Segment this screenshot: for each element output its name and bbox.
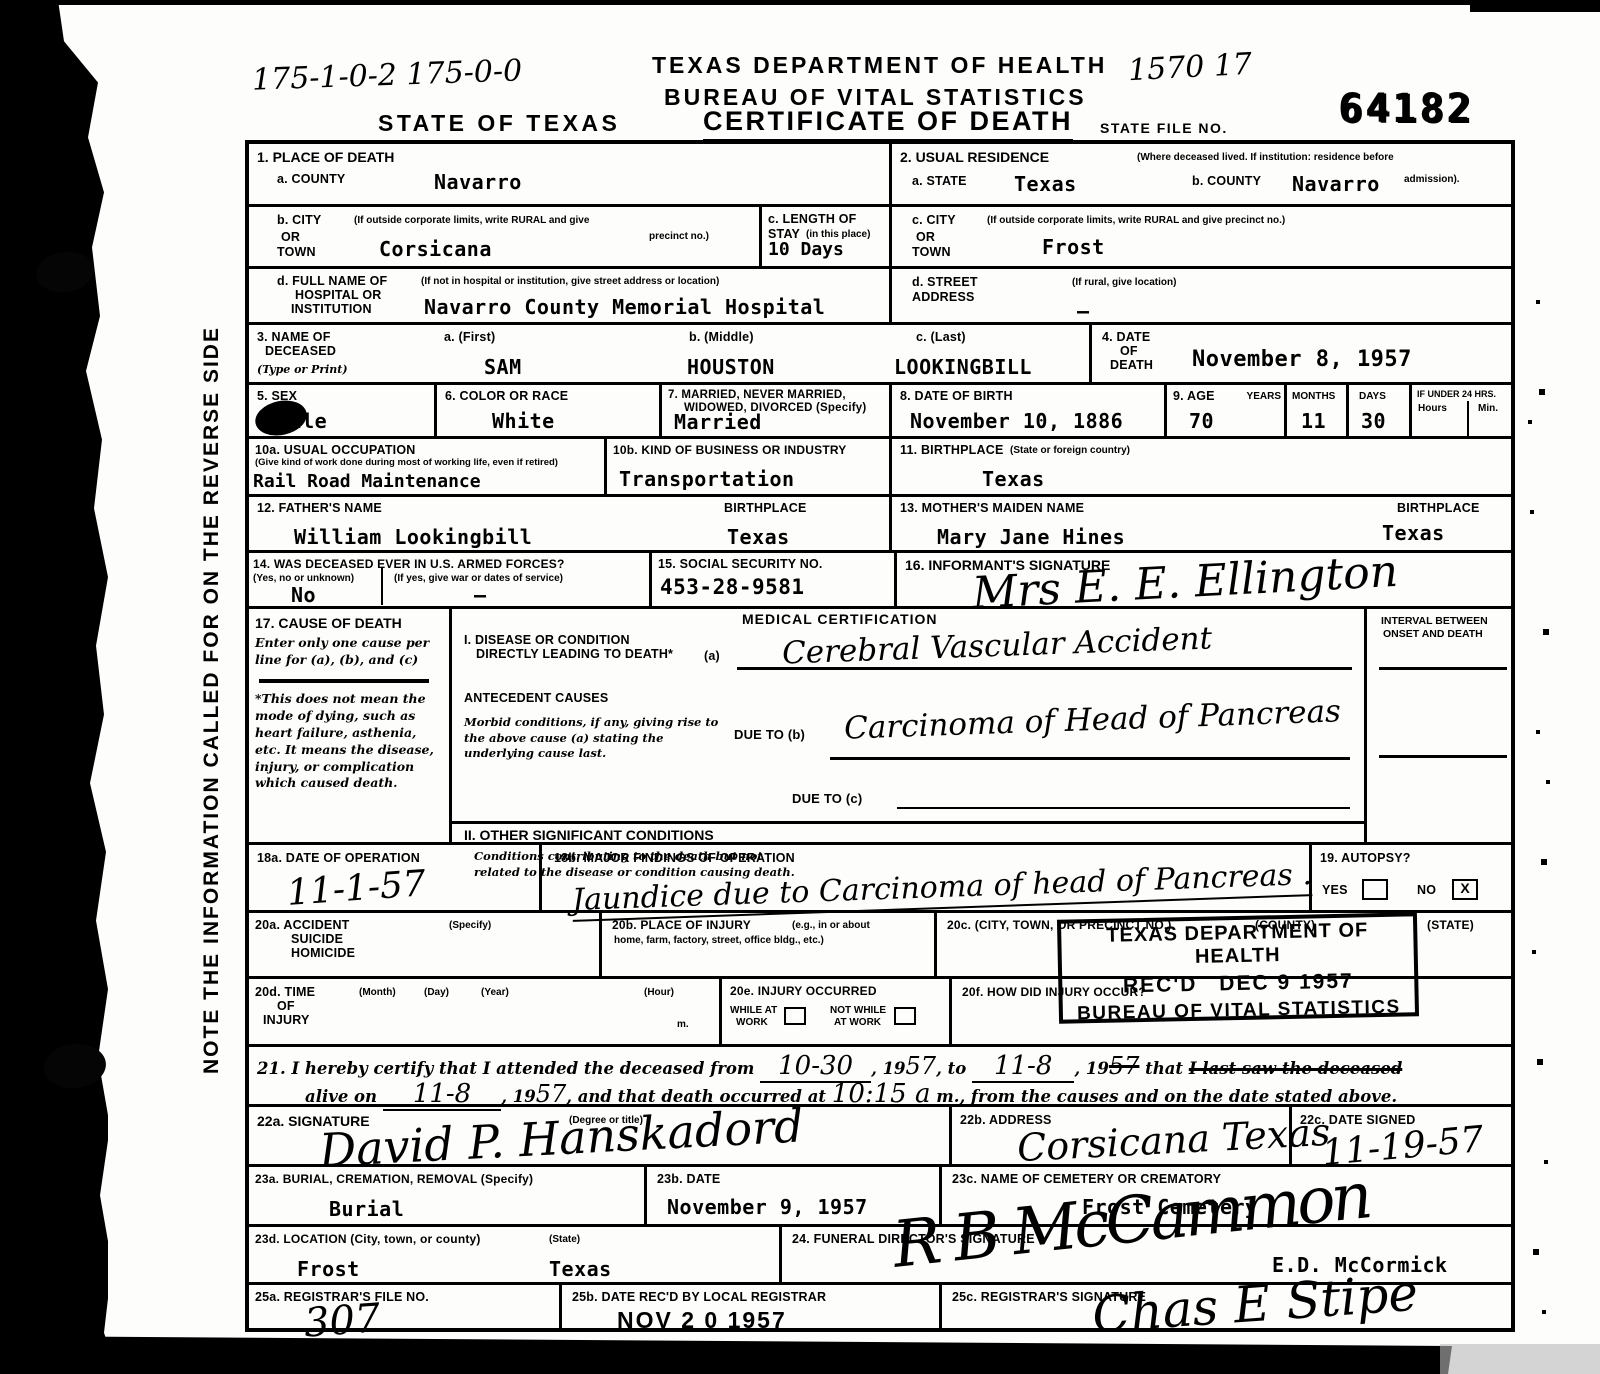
usual-residence-hint1: (Where deceased lived. If institution: r… (1137, 152, 1394, 165)
length-of-stay-label: c. LENGTH OF (768, 212, 857, 227)
field-date-of-death: 4. DATE OF DEATH November 8, 1957 (1089, 325, 1522, 385)
father-label: 12. FATHER'S NAME (257, 501, 382, 516)
hospital-hint: (If not in hospital or institution, give… (421, 276, 719, 289)
disease-label2: DIRECTLY LEADING TO DEATH* (476, 647, 673, 662)
date-of-death-label1: 4. DATE (1102, 330, 1150, 345)
state-file-number: 64182 (1338, 86, 1473, 132)
date-received-stamp-value: NOV 2 0 1957 (617, 1307, 787, 1334)
injury-occurred-label: 20e. INJURY OCCURRED (730, 984, 877, 998)
autopsy-yes-label: YES (1322, 883, 1348, 898)
header-dept-line1: TEXAS DEPARTMENT OF HEALTH (652, 52, 1107, 79)
residence-state-value: Texas (1014, 174, 1077, 194)
handwritten-code-right: 1570 17 (1127, 47, 1253, 88)
row-14: 22a. SIGNATURE (Degree or title) David P… (249, 1104, 1511, 1167)
due-to-c-tag: DUE TO (c) (792, 791, 862, 807)
scan-bottom-edge (0, 1330, 1600, 1374)
hospital-value: Navarro County Memorial Hospital (424, 297, 825, 317)
while-at-label2: WORK (736, 1017, 768, 1030)
autopsy-no-label: NO (1417, 883, 1436, 898)
field-autopsy: 19. AUTOPSY? YES NO X (1309, 845, 1522, 913)
field-place-of-injury: 20b. PLACE OF INJURY (e.g., in or about … (599, 913, 937, 979)
field-major-findings: 18b. MAJOR FINDINGS OF OPERATION Jaundic… (539, 845, 1312, 913)
dob-label: 8. DATE OF BIRTH (900, 389, 1013, 404)
middle-name-label: b. (Middle) (689, 330, 754, 345)
operation-date-value: 11-1-57 (286, 866, 427, 912)
residence-city-town: TOWN (912, 245, 951, 260)
field-armed-forces: 14. WAS DECEASED EVER IN U.S. ARMED FORC… (249, 553, 649, 609)
disease-a-tag: (a) (704, 649, 720, 664)
registrar-file-value: 307 (303, 1298, 382, 1343)
field-occupation: 10a. USUAL OCCUPATION (Give kind of work… (249, 439, 604, 497)
row-3: d. FULL NAME OF HOSPITAL OR INSTITUTION … (249, 266, 1511, 325)
row-4: 3. NAME OF DECEASED (Type or Print) a. (… (249, 322, 1511, 385)
injury-place-hint1: (e.g., in or about (792, 920, 870, 933)
field-marital-status: 7. MARRIED, NEVER MARRIED, WIDOWED, DIVO… (659, 385, 892, 439)
first-name-value: SAM (484, 357, 522, 377)
row-9: 17. CAUSE OF DEATH Enter only one cause … (249, 606, 1511, 845)
residence-county-value: Navarro (1292, 174, 1380, 194)
accident-label1: 20a. ACCIDENT (255, 918, 350, 933)
field-hospital-name: d. FULL NAME OF HOSPITAL OR INSTITUTION … (249, 269, 889, 325)
row-10: 18a. DATE OF OPERATION 11-1-57 18b. MAJO… (249, 842, 1511, 913)
age-years-value: 70 (1189, 411, 1214, 431)
antecedent-hint: Morbid conditions, if any, giving rise t… (464, 715, 724, 762)
row-5: 5. SEX Male 6. COLOR OR RACE White 7. MA… (249, 382, 1511, 439)
race-value: White (492, 411, 555, 431)
certify-that: that (1145, 1059, 1183, 1078)
field-middle-name: b. (Middle) HOUSTON (659, 325, 894, 385)
section-ii-divider (452, 821, 1367, 824)
field-residence-city: c. CITY OR TOWN (If outside corporate li… (889, 207, 1522, 269)
residence-state-label: a. STATE (912, 174, 967, 189)
certify-19a: , 19 (871, 1059, 905, 1078)
county-value: Navarro (434, 172, 522, 192)
hospital-label2: HOSPITAL OR (295, 288, 381, 303)
field-date-of-birth: 8. DATE OF BIRTH November 10, 1886 (889, 385, 1167, 439)
father-birthplace-value: Texas (727, 527, 790, 547)
residence-city-label: c. CITY (912, 213, 956, 228)
burial-date-label: 23b. DATE (657, 1172, 720, 1187)
field-industry: 10b. KIND OF BUSINESS OR INDUSTRY Transp… (604, 439, 892, 497)
physician-signature-value: David P. Hanskadord (318, 1102, 804, 1173)
field-medical-certification: MEDICAL CERTIFICATION I. DISEASE OR COND… (449, 609, 1367, 845)
injury-day-label: (Day) (424, 987, 449, 1000)
physician-address-value: Corsicana Texas (1016, 1113, 1331, 1167)
age-days-label: DAYS (1359, 391, 1386, 404)
not-while-label2: AT WORK (834, 1017, 881, 1030)
certify-line1: 21. I hereby certify that I attended the… (257, 1053, 1402, 1080)
burial-location-label: 23d. LOCATION (City, town, or county) (255, 1232, 481, 1246)
hours-label: Hours (1418, 403, 1447, 416)
state-file-no-label: STATE FILE NO. (1100, 120, 1228, 136)
marital-label1: 7. MARRIED, NEVER MARRIED, (668, 389, 846, 403)
city-value: Corsicana (379, 239, 492, 259)
row-6: 10a. USUAL OCCUPATION (Give kind of work… (249, 436, 1511, 497)
cause-of-death-label: 17. CAUSE OF DEATH (255, 615, 402, 632)
certify-y1: 57 (906, 1052, 937, 1080)
injury-year-label: (Year) (481, 987, 509, 1000)
row-17: 25a. REGISTRAR'S FILE NO. 307 25b. DATE … (249, 1282, 1511, 1331)
field-injury-occurred: 20e. INJURY OCCURRED WHILE AT WORK NOT W… (719, 979, 952, 1047)
residence-county-label: b. COUNTY (1192, 174, 1261, 189)
under24-divider (1467, 401, 1469, 439)
field-registrar-signature: 25c. REGISTRAR'S SIGNATURE Chas E Stipe (939, 1285, 1522, 1331)
field-accident-suicide-homicide: 20a. ACCIDENT SUICIDE HOMICIDE (Specify) (249, 913, 599, 979)
autopsy-yes-checkbox (1362, 879, 1388, 900)
age-years-label: YEARS (1247, 391, 1281, 404)
autopsy-no-checkbox: X (1452, 879, 1478, 900)
field-name-of-deceased-label: 3. NAME OF DECEASED (Type or Print) (249, 325, 424, 385)
mother-value: Mary Jane Hines (937, 527, 1125, 547)
scan-top-edge (0, 0, 1600, 5)
marital-value: Married (674, 412, 762, 432)
due-to-b-line: Carcinoma of Head of Pancreas (830, 681, 1350, 760)
autopsy-label: 19. AUTOPSY? (1320, 851, 1411, 866)
certify-p1: 21. I hereby certify that I attended the… (257, 1059, 754, 1078)
scan-top-right-corner (1470, 0, 1600, 12)
length-of-stay-value: 10 Days (768, 241, 844, 259)
accident-label2: SUICIDE (291, 932, 343, 947)
armed-forces-value: No (291, 585, 316, 605)
occupation-hint: (Give kind of work done during most of w… (255, 457, 595, 469)
last-name-value: LOOKINGBILL (894, 357, 1032, 377)
not-while-at-work-checkbox (894, 1007, 916, 1025)
not-while-label1: NOT WHILE (830, 1005, 886, 1018)
city-town: TOWN (277, 245, 316, 260)
operation-date-label: 18a. DATE OF OPERATION (257, 851, 420, 866)
field-date-of-operation: 18a. DATE OF OPERATION 11-1-57 (249, 845, 539, 913)
birthplace-label: 11. BIRTHPLACE (900, 443, 1004, 458)
field-physician-address: 22b. ADDRESS Corsicana Texas (949, 1107, 1292, 1167)
date-of-death-label3: DEATH (1110, 358, 1153, 373)
industry-value: Transportation (619, 469, 795, 489)
burial-state-label: (State) (549, 1234, 580, 1247)
disease-a-value: Cerebral Vascular Accident (782, 624, 1213, 670)
field-color-or-race: 6. COLOR OR RACE White (434, 385, 662, 439)
first-name-label: a. (First) (444, 330, 495, 345)
race-label: 6. COLOR OR RACE (445, 389, 568, 404)
field-last-name: c. (Last) LOOKINGBILL (894, 325, 1089, 385)
birthplace-hint: (State or foreign country) (1010, 445, 1130, 458)
death-certificate-scan: NOTE THE INFORMATION CALLED FOR ON THE R… (0, 0, 1600, 1374)
birthplace-value: Texas (982, 469, 1045, 489)
min-label: Min. (1478, 403, 1498, 416)
father-value: William Lookingbill (294, 527, 532, 547)
certify-struck-text: I last saw the deceased (1189, 1059, 1402, 1078)
received-date-stamp: TEXAS DEPARTMENT OF HEALTH REC'D DEC 9 1… (1057, 912, 1419, 1024)
hospital-label1: d. FULL NAME OF (277, 274, 387, 289)
field-place-of-death: 1. PLACE OF DEATH a. COUNTY Navarro (249, 144, 889, 204)
injury-time-label1: 20d. TIME (255, 985, 315, 1000)
city-hint2: precinct no.) (649, 231, 709, 244)
burial-date-value: November 9, 1957 (667, 1197, 868, 1217)
row-7: 12. FATHER'S NAME BIRTHPLACE William Loo… (249, 494, 1511, 553)
name-label3: (Type or Print) (257, 363, 348, 378)
field-time-of-injury: 20d. TIME OF INJURY (Month) (Day) (Year)… (249, 979, 719, 1047)
due-to-b-value: Carcinoma of Head of Pancreas (844, 696, 1342, 744)
armed-forces-value2: — (474, 585, 487, 605)
mother-birthplace-value: Texas (1382, 523, 1445, 543)
due-to-c-line (897, 777, 1350, 809)
stamp-recd: REC'D (1123, 973, 1198, 998)
last-name-label: c. (Last) (916, 330, 966, 345)
middle-name-value: HOUSTON (687, 357, 775, 377)
industry-label: 10b. KIND OF BUSINESS OR INDUSTRY (613, 443, 847, 457)
city-label: b. CITY (277, 213, 321, 228)
residence-city-hint: (If outside corporate limits, write RURA… (987, 215, 1285, 228)
field-physician-signature: 22a. SIGNATURE (Degree or title) David P… (249, 1107, 949, 1167)
burial-value: Burial (329, 1199, 404, 1219)
certificate-title: CERTIFICATE OF DEATH (703, 106, 1073, 142)
while-at-label1: WHILE AT (730, 1005, 777, 1018)
usual-residence-hint2: admission). (1404, 174, 1460, 187)
mother-label: 13. MOTHER'S MAIDEN NAME (900, 501, 1084, 516)
field-city-of-death: b. CITY OR TOWN (If outside corporate li… (249, 207, 759, 269)
age-label: 9. AGE (1173, 389, 1215, 404)
field-registrar-file-no: 25a. REGISTRAR'S FILE NO. 307 (249, 1285, 559, 1331)
injury-place-hint2: home, farm, factory, street, office bldg… (614, 935, 824, 948)
interval-line-a (1379, 639, 1507, 670)
field-cause-of-death-notes: 17. CAUSE OF DEATH Enter only one cause … (249, 609, 449, 845)
header-state-of-texas: STATE OF TEXAS (378, 110, 620, 137)
interval-label1: INTERVAL BETWEEN (1381, 615, 1488, 628)
disease-a-line: Cerebral Vascular Accident (737, 615, 1352, 670)
county-label: a. COUNTY (277, 172, 345, 187)
occupation-value: Rail Road Maintenance (253, 473, 481, 491)
row-8: 14. WAS DECEASED EVER IN U.S. ARMED FORC… (249, 550, 1511, 609)
under24-label: IF UNDER 24 HRS. (1417, 389, 1496, 400)
ssn-label: 15. SOCIAL SECURITY NO. (658, 557, 823, 572)
cause-divider (259, 679, 429, 683)
scan-speckles (1536, 300, 1540, 304)
field-burial-location: 23d. LOCATION (City, town, or county) (S… (249, 1227, 779, 1285)
field-father-name: 12. FATHER'S NAME BIRTHPLACE William Loo… (249, 497, 889, 553)
field-first-name: a. (First) SAM (424, 325, 659, 385)
place-of-death-title: 1. PLACE OF DEATH (257, 149, 394, 166)
field-burial: 23a. BURIAL, CREMATION, REMOVAL (Specify… (249, 1167, 644, 1227)
field-age-days: DAYS 30 (1346, 385, 1412, 439)
field-sex: 5. SEX Male (249, 385, 434, 439)
accident-hint: (Specify) (449, 920, 491, 933)
age-months-value: 11 (1301, 411, 1326, 431)
injury-month-label: (Month) (359, 987, 396, 1000)
certify-y2: 57 (1109, 1052, 1140, 1080)
findings-label: 18b. MAJOR FINDINGS OF OPERATION (554, 851, 795, 866)
burial-state-value: Texas (549, 1259, 612, 1279)
street-address-label2: ADDRESS (912, 290, 975, 305)
burial-location-value: Frost (297, 1259, 360, 1279)
residence-city-or: OR (916, 230, 935, 245)
margin-note: NOTE THE INFORMATION CALLED FOR ON THE R… (200, 326, 224, 1074)
age-months-label: MONTHS (1292, 391, 1335, 404)
field-street-address: d. STREET ADDRESS (If rural, give locati… (889, 269, 1522, 325)
street-address-label1: d. STREET (912, 275, 978, 290)
injury-place-label: 20b. PLACE OF INJURY (612, 918, 751, 932)
occupation-label: 10a. USUAL OCCUPATION (255, 443, 415, 458)
accident-label3: HOMICIDE (291, 946, 355, 961)
hospital-label3: INSTITUTION (291, 302, 372, 317)
field-length-of-stay: c. LENGTH OF STAY (in this place) 10 Day… (759, 207, 892, 269)
name-label2: DECEASED (265, 344, 336, 359)
injury-m-label: m. (677, 1019, 689, 1032)
due-to-b-tag: DUE TO (b) (734, 727, 805, 743)
injury-hour-label: (Hour) (644, 987, 674, 1000)
mother-birthplace-label: BIRTHPLACE (1397, 501, 1480, 516)
certify-to-date: 11-8 (972, 1051, 1074, 1083)
injury-time-label2: OF (277, 999, 295, 1014)
field-age-years: 9. AGE YEARS 70 (1164, 385, 1287, 439)
name-label1: 3. NAME OF (257, 330, 331, 345)
autopsy-no-mark: X (1460, 880, 1469, 896)
injury-time-label3: INJURY (263, 1013, 310, 1028)
antecedent-label: ANTECEDENT CAUSES (464, 691, 608, 706)
field-mother-name: 13. MOTHER'S MAIDEN NAME BIRTHPLACE Mary… (889, 497, 1522, 553)
cause-note2: *This does not mean the mode of dying, s… (255, 691, 440, 792)
field-birthplace: 11. BIRTHPLACE (State or foreign country… (889, 439, 1522, 497)
ssn-value: 453-28-9581 (660, 577, 805, 598)
usual-residence-title: 2. USUAL RESIDENCE (900, 149, 1049, 166)
field-age-months: MONTHS 11 (1284, 385, 1349, 439)
field-interval: INTERVAL BETWEEN ONSET AND DEATH (1364, 609, 1522, 845)
field-age-under24: IF UNDER 24 HRS. Hours Min. (1409, 385, 1522, 439)
certify-to: , to (936, 1059, 966, 1078)
dob-value: November 10, 1886 (910, 411, 1123, 431)
certify-19b: , 19 (1074, 1059, 1108, 1078)
scan-bottom-noise (1440, 1344, 1600, 1374)
field-informant: 16. INFORMANT'S SIGNATURE Mrs E. E. Elli… (894, 553, 1522, 609)
certificate-form: 1. PLACE OF DEATH a. COUNTY Navarro 2. U… (245, 140, 1515, 1332)
residence-city-value: Frost (1042, 237, 1105, 257)
row-2: b. CITY OR TOWN (If outside corporate li… (249, 204, 1511, 269)
scan-left-edge (0, 0, 108, 1374)
field-usual-residence: 2. USUAL RESIDENCE (Where deceased lived… (889, 144, 1522, 204)
field-ssn: 15. SOCIAL SECURITY NO. 453-28-9581 (649, 553, 897, 609)
age-days-value: 30 (1361, 411, 1386, 431)
row-13: 21. I hereby certify that I attended the… (249, 1044, 1511, 1107)
interval-line-b (1379, 727, 1507, 758)
stamp-line1: TEXAS DEPARTMENT OF HEALTH (1061, 918, 1414, 971)
street-address-value: — (1077, 301, 1090, 321)
street-address-hint: (If rural, give location) (1072, 277, 1176, 290)
stamp-date: DEC 9 1957 (1219, 970, 1354, 996)
date-of-death-label2: OF (1120, 344, 1138, 359)
injury-state-label: (STATE) (1427, 918, 1474, 932)
disease-label1: I. DISEASE OR CONDITION (464, 633, 630, 648)
armed-forces-label: 14. WAS DECEASED EVER IN U.S. ARMED FORC… (253, 557, 565, 571)
cause-note1: Enter only one cause per line for (a), (… (255, 635, 440, 669)
burial-label: 23a. BURIAL, CREMATION, REMOVAL (Specify… (255, 1172, 533, 1186)
city-hint1: (If outside corporate limits, write RURA… (354, 215, 589, 228)
city-or: OR (281, 230, 300, 245)
father-birthplace-label: BIRTHPLACE (724, 501, 807, 516)
date-received-label: 25b. DATE REC'D BY LOCAL REGISTRAR (572, 1290, 826, 1305)
date-of-death-value: November 8, 1957 (1192, 349, 1412, 371)
while-at-work-checkbox (784, 1007, 806, 1025)
handwritten-code-left: 175-1-0-2 175-0-0 (251, 53, 522, 97)
armed-forces-divider (381, 567, 383, 605)
stamp-line2: REC'D DEC 9 1957 (1062, 968, 1414, 999)
field-date-received: 25b. DATE REC'D BY LOCAL REGISTRAR NOV 2… (559, 1285, 942, 1331)
row-1: 1. PLACE OF DEATH a. COUNTY Navarro 2. U… (249, 144, 1511, 204)
